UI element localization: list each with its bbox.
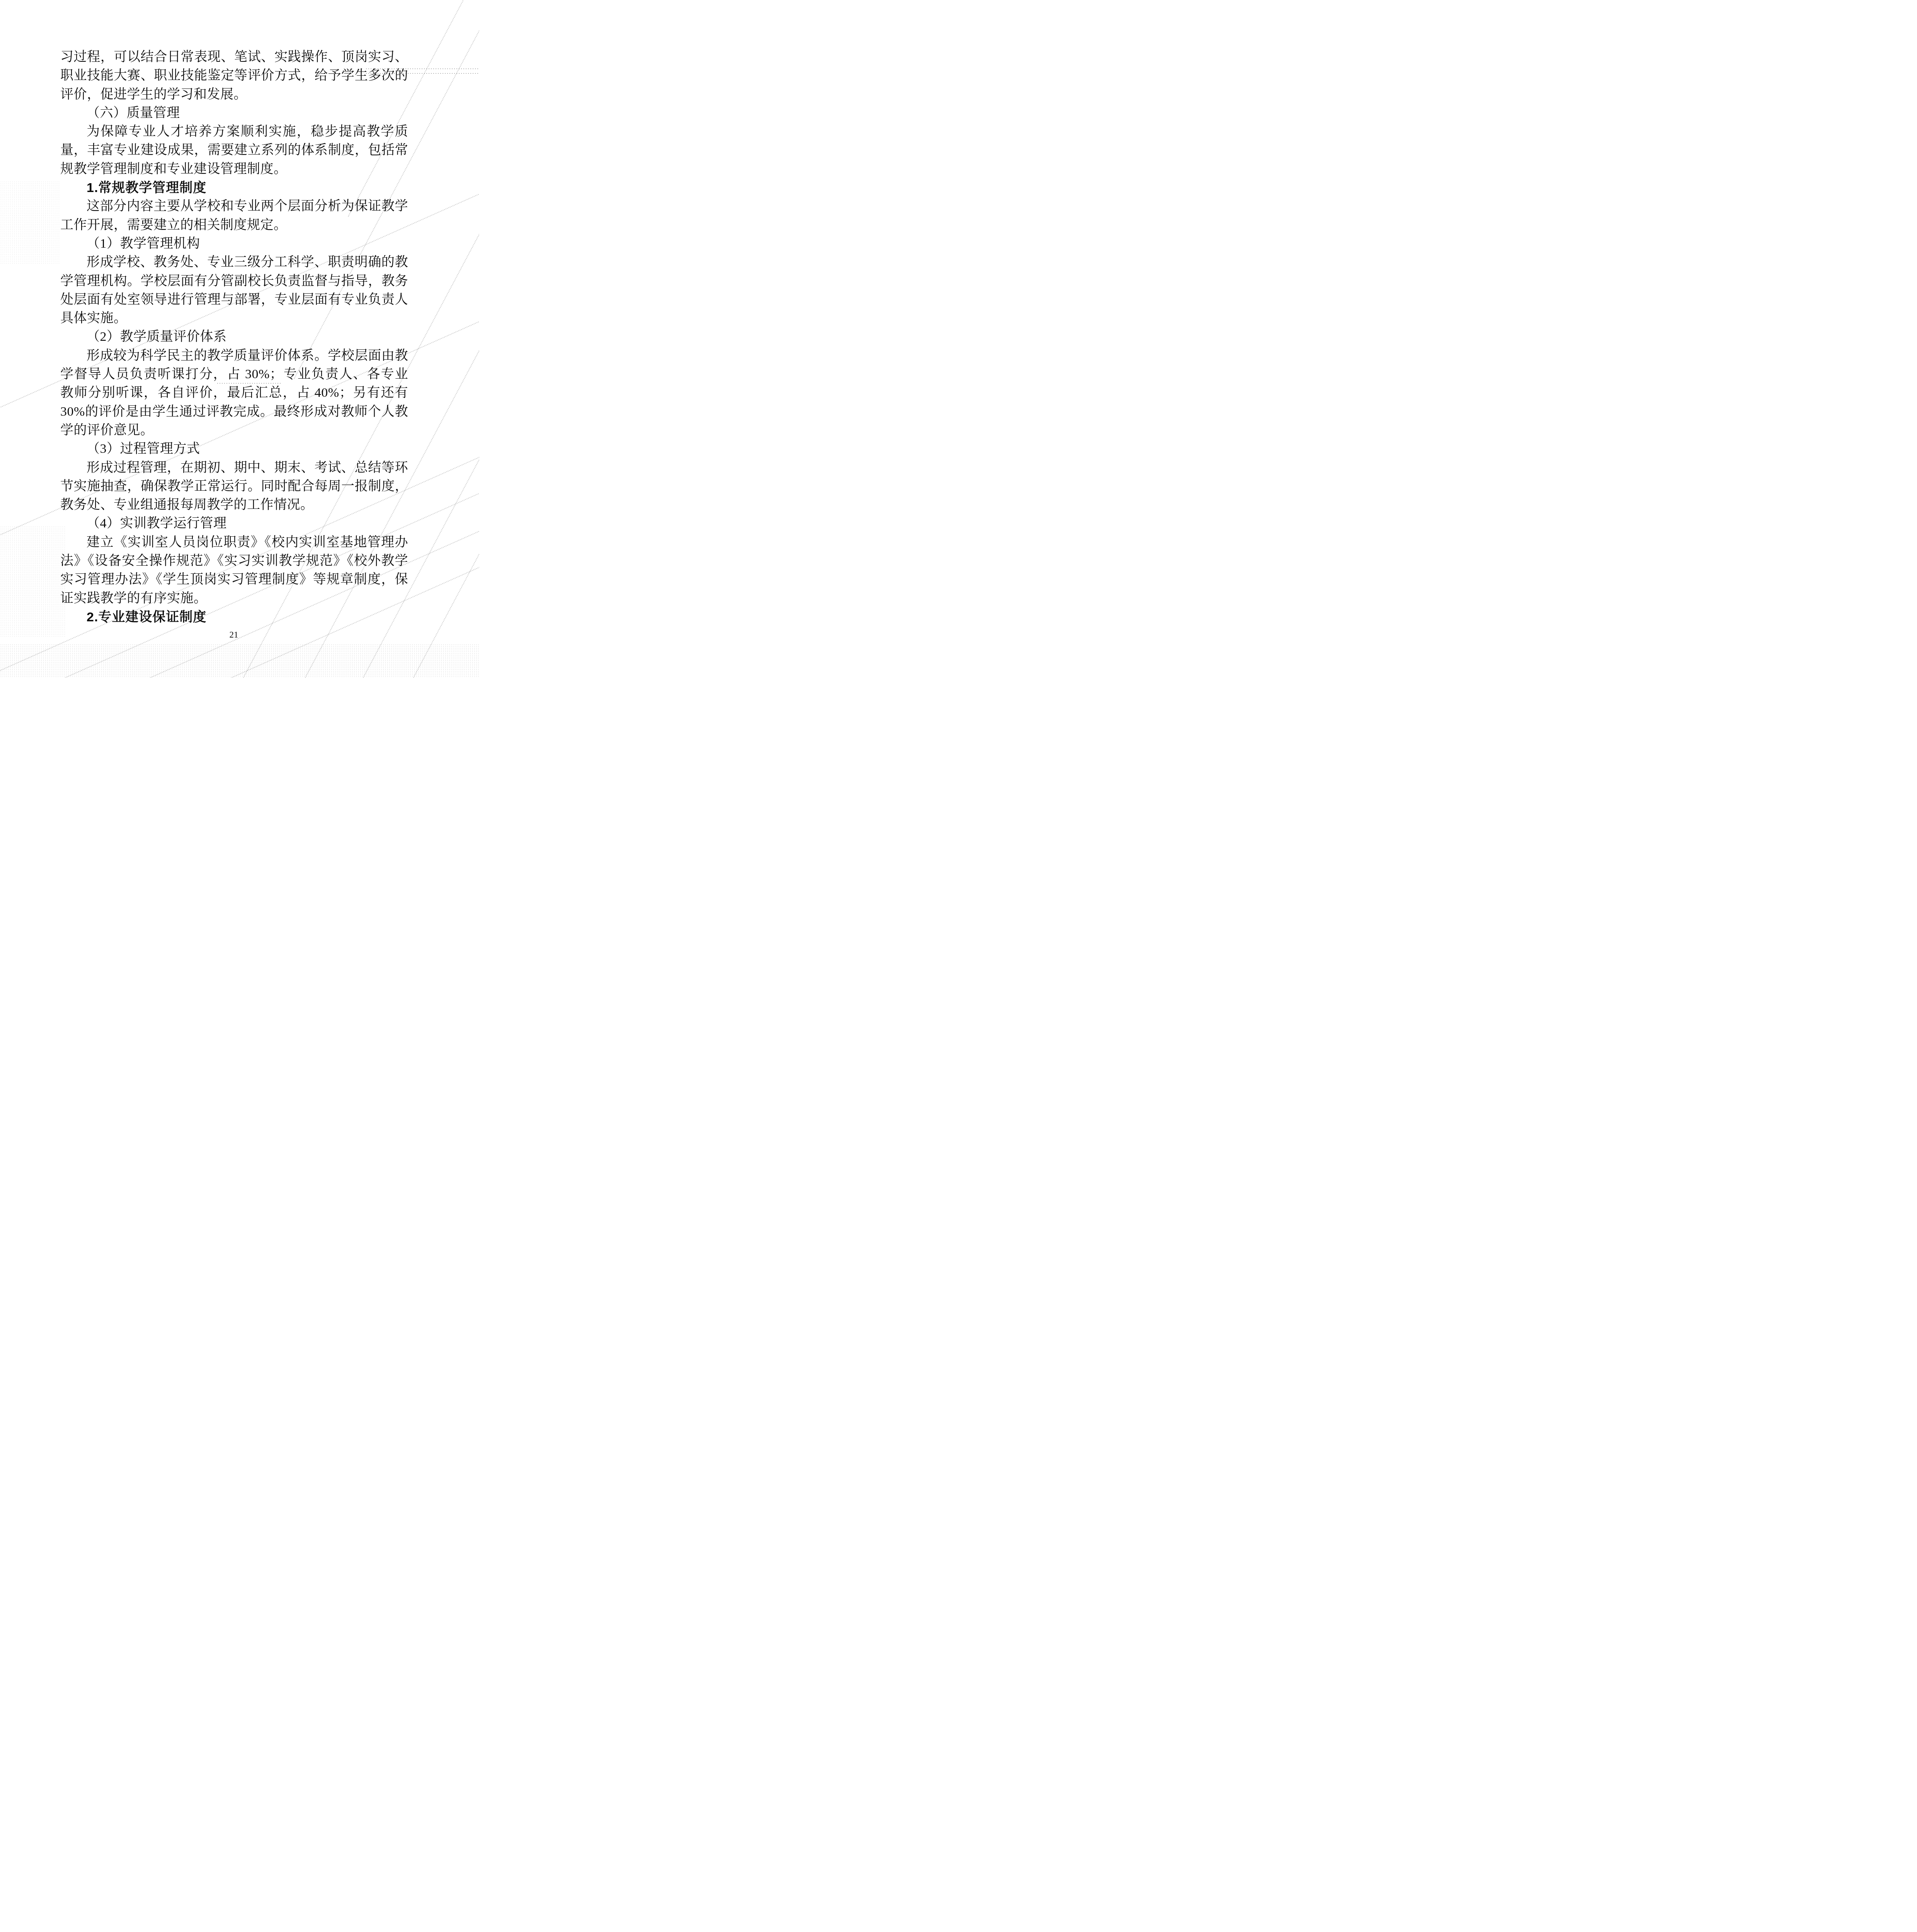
document-page: 习过程，可以结合日常表现、笔试、实践操作、顶岗实习、职业技能大赛、职业技能鉴定等…: [0, 0, 479, 678]
item-heading: （4）实训教学运行管理: [60, 514, 408, 533]
scan-artifact-dot-band: [0, 644, 479, 678]
paragraph: 形成较为科学民主的教学质量评价体系。学校层面由教学督导人员负责听课打分，占 30…: [60, 347, 408, 440]
item-heading: （1）教学管理机构: [60, 235, 408, 253]
scan-artifact-dot-band: [0, 181, 60, 264]
subsection-heading: 1.常规教学管理制度: [60, 179, 408, 197]
paragraph: 形成学校、教务处、专业三级分工科学、职责明确的教学管理机构。学校层面有分管副校长…: [60, 253, 408, 328]
item-heading: （3）过程管理方式: [60, 440, 408, 458]
paragraph: 建立《实训室人员岗位职责》《校内实训室基地管理办法》《设备安全操作规范》《实习实…: [60, 533, 408, 608]
paragraph: 形成过程管理，在期初、期中、期末、考试、总结等环节实施抽查，确保教学正常运行。同…: [60, 459, 408, 515]
scan-artifact-line: [410, 0, 479, 678]
subsection-heading: 2.专业建设保证制度: [60, 608, 408, 626]
section-heading: （六）质量管理: [60, 104, 408, 122]
document-content: 习过程，可以结合日常表现、笔试、实践操作、顶岗实习、职业技能大赛、职业技能鉴定等…: [60, 48, 408, 626]
paragraph: 这部分内容主要从学校和专业两个层面分析为保证教学工作开展，需要建立的相关制度规定…: [60, 197, 408, 235]
paragraph: 习过程，可以结合日常表现、笔试、实践操作、顶岗实习、职业技能大赛、职业技能鉴定等…: [60, 48, 408, 104]
item-heading: （2）教学质量评价体系: [60, 328, 408, 346]
paragraph: 为保障专业人才培养方案顺利实施，稳步提高教学质量，丰富专业建设成果，需要建立系列…: [60, 122, 408, 179]
page-number: 21: [0, 630, 468, 640]
scan-artifact-dot-band: [0, 526, 66, 638]
